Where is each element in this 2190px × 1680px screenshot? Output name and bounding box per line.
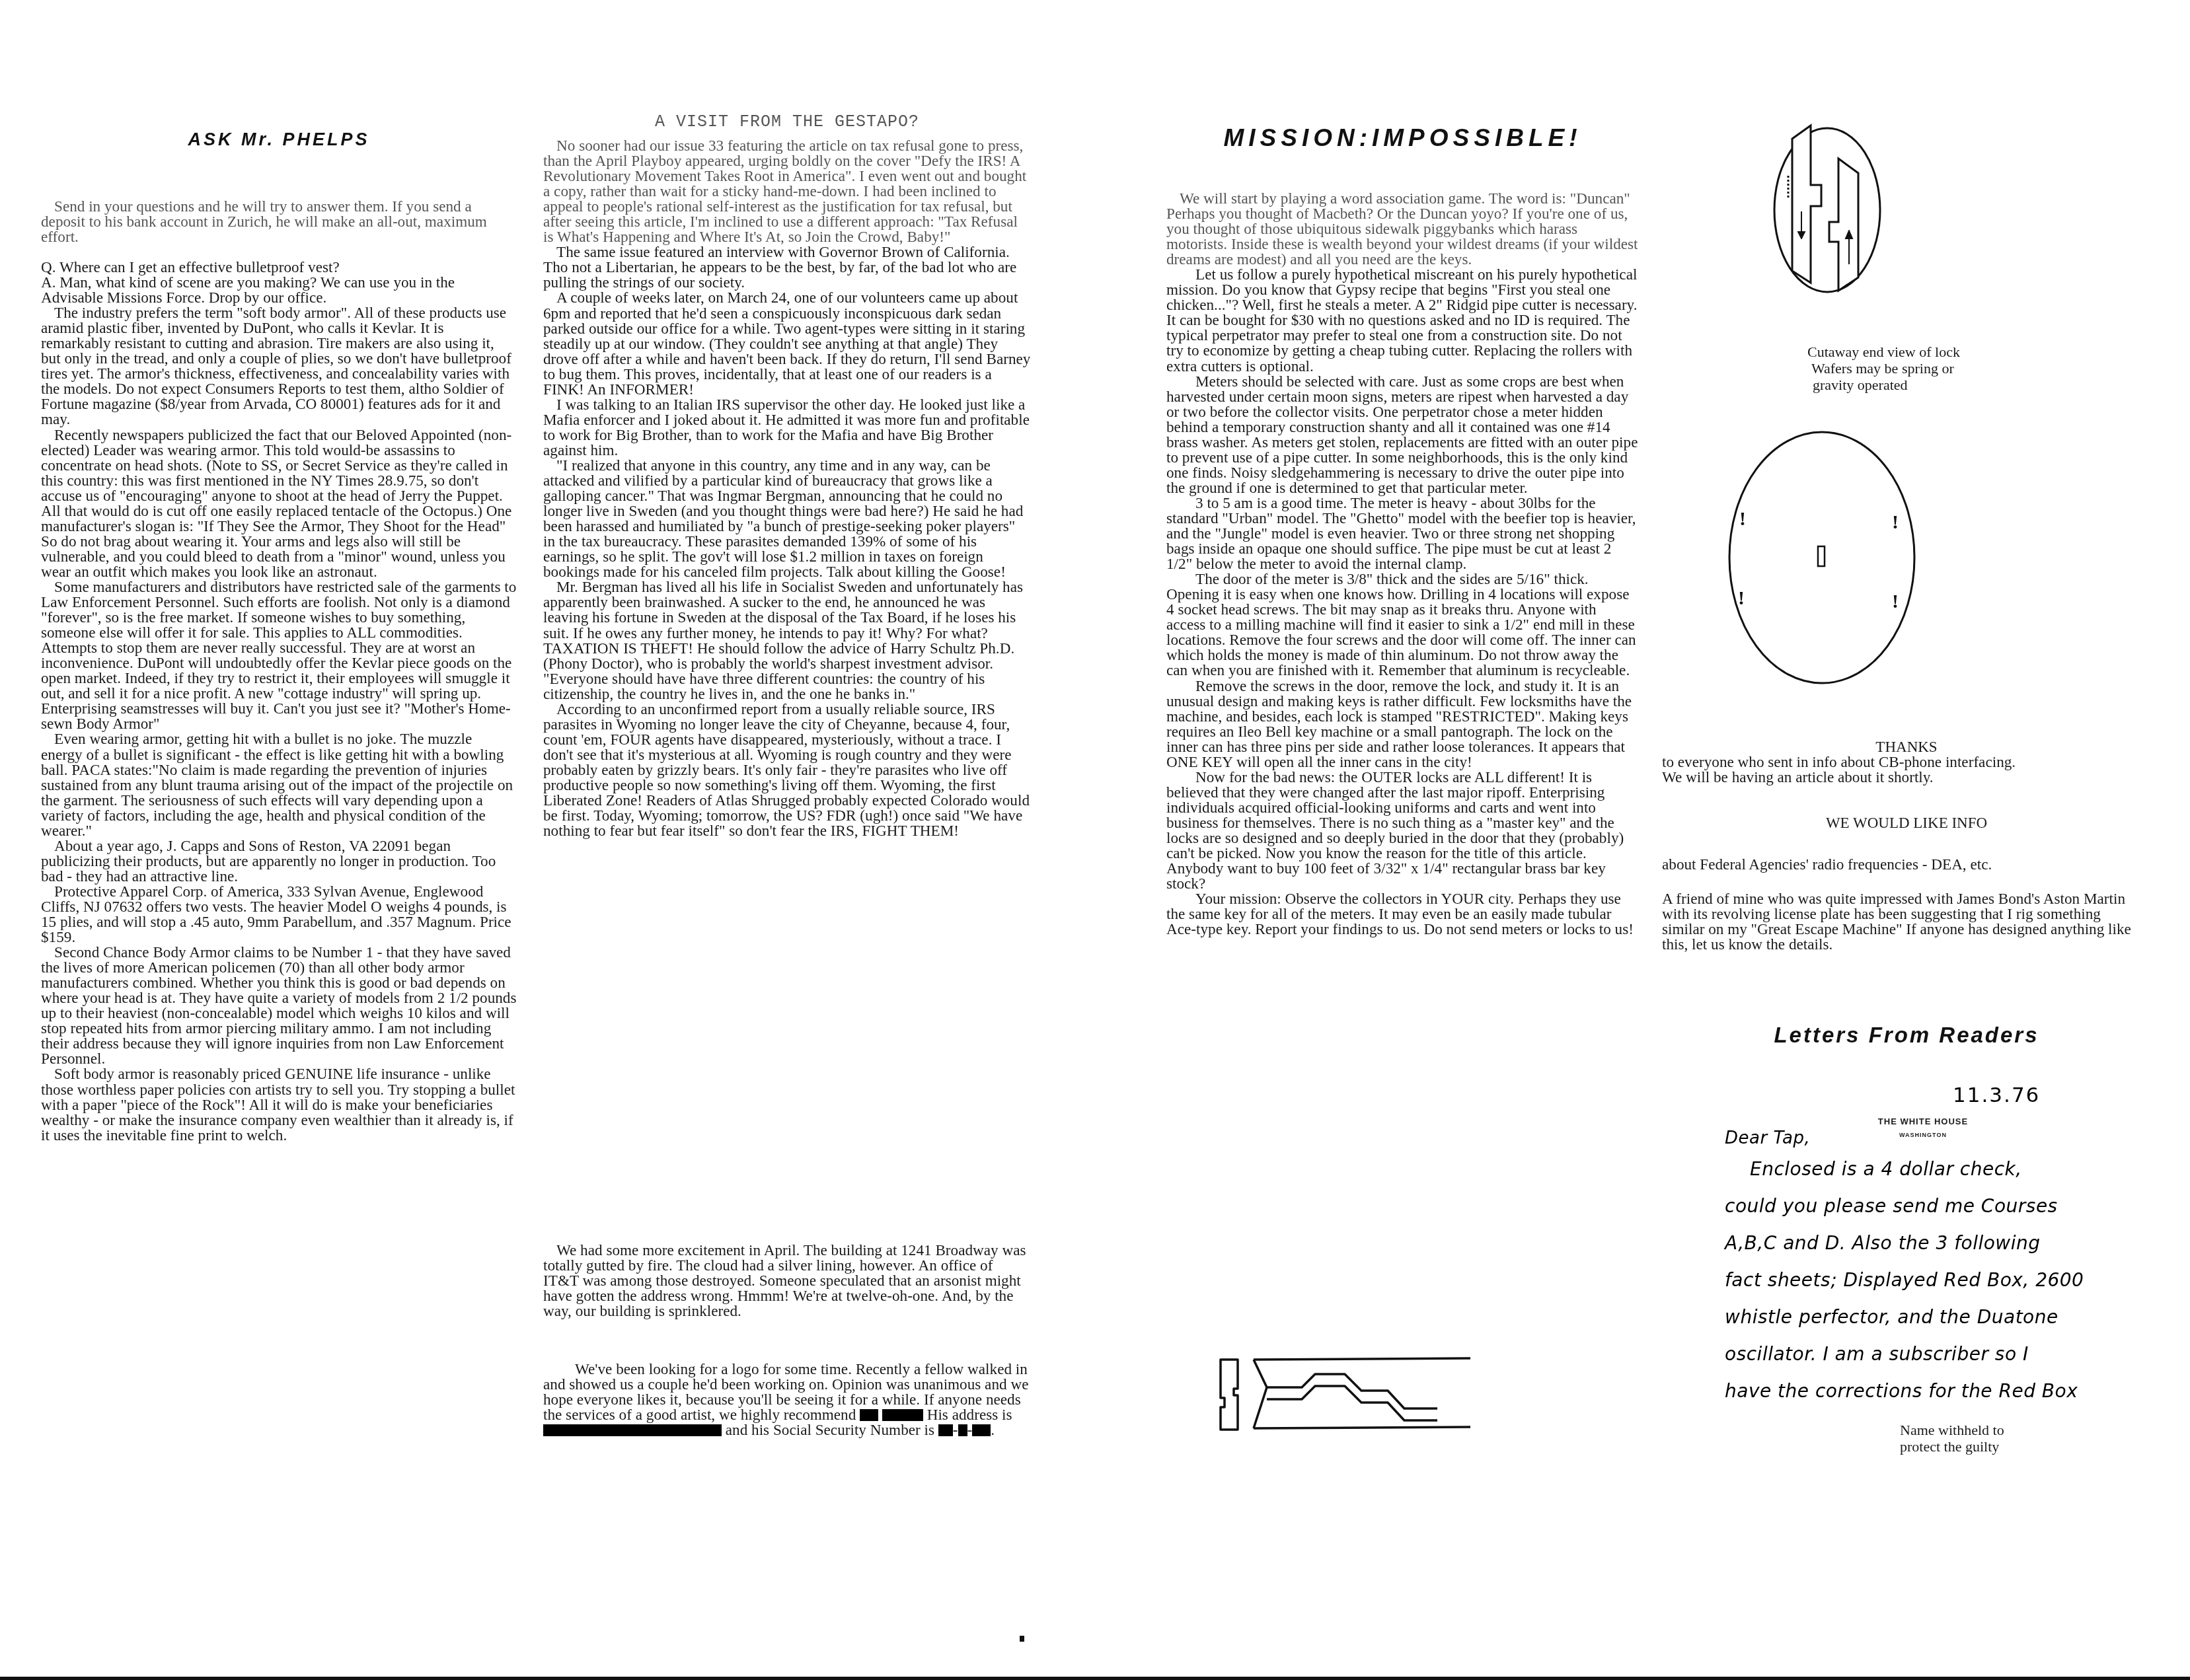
answer: A. Man, what kind of scene are you makin… bbox=[41, 275, 517, 306]
signature-line: protect the guilty bbox=[1900, 1438, 2058, 1455]
meter-door-diagram: ! ! ! ! bbox=[1728, 429, 1916, 687]
ask-phelps-body: Q. Where can I get an effective bulletpr… bbox=[41, 260, 517, 1144]
paragraph: 3 to 5 am is a good time. The meter is h… bbox=[1166, 496, 1639, 572]
letter-line: oscillator. I am a subscriber so I bbox=[1725, 1336, 2084, 1373]
paragraph: Now for the bad news: the OUTER locks ar… bbox=[1166, 770, 1639, 892]
fire-paragraph: We had some more excitement in April. Th… bbox=[543, 1243, 1031, 1319]
letterhead-line: WASHINGTON bbox=[1857, 1132, 1989, 1138]
paragraph: Your mission: Observe the collectors in … bbox=[1166, 892, 1639, 937]
letter-line: could you please send me Courses bbox=[1725, 1188, 2084, 1225]
mission-title: MISSION:IMPOSSIBLE! bbox=[1166, 124, 1639, 152]
key-profile-diagram bbox=[1219, 1354, 1563, 1434]
letter-salutation: Dear Tap, bbox=[1725, 1128, 1810, 1148]
bottom-rule bbox=[0, 1677, 2190, 1680]
thanks-text: to everyone who sent in info about CB-ph… bbox=[1662, 755, 2151, 785]
paragraph: Meters should be selected with care. Jus… bbox=[1166, 375, 1639, 496]
intro-paragraph: Send in your questions and he will try t… bbox=[41, 200, 517, 245]
letter-date: 11.3.76 bbox=[1953, 1077, 2040, 1114]
letter-line: whistle perfector, and the Duatone bbox=[1725, 1299, 2084, 1336]
letters-title: Letters From Readers bbox=[1662, 1023, 2151, 1048]
question: Q. Where can I get an effective bulletpr… bbox=[41, 260, 517, 275]
page-mark bbox=[1020, 1636, 1024, 1642]
info-title: WE WOULD LIKE INFO bbox=[1662, 815, 2151, 832]
paragraph: No sooner had our issue 33 featuring the… bbox=[543, 139, 1031, 245]
letterhead: THE WHITE HOUSE WASHINGTON bbox=[1857, 1116, 1989, 1138]
paragraph: According to an unconfirmed report from … bbox=[543, 702, 1031, 839]
letter-line: have the corrections for the Red Box bbox=[1725, 1373, 2084, 1410]
bond-paragraph: A friend of mine who was quite impressed… bbox=[1662, 892, 2131, 953]
paragraph: The door of the meter is 3/8" thick and … bbox=[1166, 572, 1639, 678]
signature-line: Name withheld to bbox=[1900, 1422, 2058, 1438]
paragraph: Let us follow a purely hypothetical misc… bbox=[1166, 268, 1639, 374]
paragraph: The same issue featured an interview wit… bbox=[543, 245, 1031, 291]
redacted-ssn-2 bbox=[958, 1424, 967, 1436]
fire-section: We had some more excitement in April. Th… bbox=[543, 1243, 1031, 1319]
logo-paragraph: We've been looking for a logo for some t… bbox=[543, 1362, 1031, 1438]
paragraph: The industry prefers the term "soft body… bbox=[41, 306, 517, 427]
paragraph: Second Chance Body Armor claims to be Nu… bbox=[41, 945, 517, 1067]
thanks-line: to everyone who sent in info about CB-ph… bbox=[1662, 755, 2151, 770]
logo-section: We've been looking for a logo for some t… bbox=[543, 1362, 1031, 1438]
gestapo-body: No sooner had our issue 33 featuring the… bbox=[543, 139, 1031, 839]
info-line: about Federal Agencies' radio frequencie… bbox=[1662, 858, 2151, 873]
redacted-address bbox=[543, 1424, 722, 1436]
letter-line: A,B,C and D. Also the 3 following bbox=[1725, 1225, 2084, 1262]
svg-text:!: ! bbox=[1892, 511, 1899, 533]
mission-body: We will start by playing a word associat… bbox=[1166, 192, 1639, 937]
address-label: His address is bbox=[927, 1406, 1012, 1424]
svg-text:!: ! bbox=[1892, 591, 1899, 612]
svg-text:!: ! bbox=[1738, 587, 1745, 609]
lock-cutaway-diagram bbox=[1771, 112, 1883, 310]
paragraph: Remove the screws in the door, remove th… bbox=[1166, 679, 1639, 770]
paragraph: Some manufacturers and distributors have… bbox=[41, 580, 517, 732]
redacted-ssn-3 bbox=[972, 1424, 991, 1436]
lock-caption: Cutaway end view of lock Wafers may be s… bbox=[1807, 344, 2019, 393]
thanks-line: We will be having an article about it sh… bbox=[1662, 770, 2151, 785]
caption-line: Wafers may be spring or bbox=[1807, 360, 2019, 377]
paragraph: "I realized that anyone in this country,… bbox=[543, 458, 1031, 580]
paragraph: I was talking to an Italian IRS supervis… bbox=[543, 398, 1031, 458]
paragraph: Soft body armor is reasonably priced GEN… bbox=[41, 1067, 517, 1143]
ask-phelps-title: ASK Mr. PHELPS bbox=[41, 129, 517, 150]
letter-signature: Name withheld to protect the guilty bbox=[1900, 1422, 2058, 1455]
caption-line: gravity operated bbox=[1807, 377, 2019, 393]
letter-body: Enclosed is a 4 dollar check, could you … bbox=[1725, 1151, 2084, 1410]
svg-text:!: ! bbox=[1739, 508, 1746, 530]
ask-phelps-intro: Send in your questions and he will try t… bbox=[41, 200, 517, 245]
gestapo-title: A VISIT FROM THE GESTAPO? bbox=[543, 112, 1031, 131]
redacted-name-first bbox=[860, 1409, 878, 1421]
paragraph: A couple of weeks later, on March 24, on… bbox=[543, 291, 1031, 397]
paragraph: Recently newspapers publicized the fact … bbox=[41, 428, 517, 580]
paragraph: We will start by playing a word associat… bbox=[1166, 192, 1639, 268]
redacted-ssn-1 bbox=[938, 1424, 953, 1436]
paragraph: Protective Apparel Corp. of America, 333… bbox=[41, 885, 517, 945]
letter-line: Enclosed is a 4 dollar check, bbox=[1725, 1151, 2084, 1188]
paragraph: Even wearing armor, getting hit with a b… bbox=[41, 732, 517, 838]
paragraph: Mr. Bergman has lived all his life in So… bbox=[543, 580, 1031, 702]
ssn-label: and his Social Security Number is bbox=[726, 1422, 934, 1439]
bond-text: A friend of mine who was quite impressed… bbox=[1662, 892, 2131, 953]
info-text: about Federal Agencies' radio frequencie… bbox=[1662, 858, 2151, 873]
letter-line: fact sheets; Displayed Red Box, 2600 bbox=[1725, 1262, 2084, 1299]
paragraph: About a year ago, J. Capps and Sons of R… bbox=[41, 839, 517, 885]
caption-line: Cutaway end view of lock bbox=[1807, 344, 2019, 360]
letterhead-line: THE WHITE HOUSE bbox=[1857, 1116, 1989, 1126]
redacted-name-last bbox=[882, 1409, 923, 1421]
